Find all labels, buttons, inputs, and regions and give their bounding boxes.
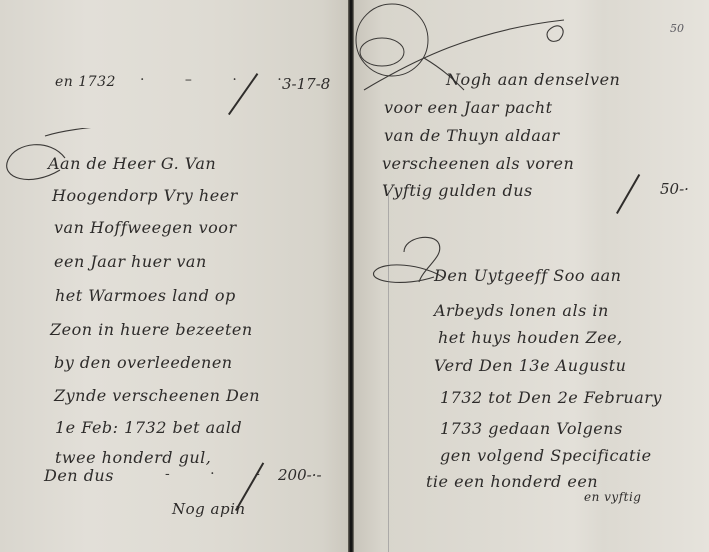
left-entry-amount: 200-·-: [278, 466, 322, 484]
right-entry2-line-9: en vyftig: [584, 490, 642, 504]
right-entry1-line-4: verscheenen als voren: [382, 154, 574, 173]
right-entry1-line-1: Nogh aan denselven: [446, 70, 620, 89]
amount-slash-mark: [616, 174, 640, 214]
left-header-year: en 1732: [55, 74, 116, 90]
left-entry-line-3: van Hoffweegen voor: [54, 218, 237, 237]
right-entry2-line-7: gen volgend Specificatie: [440, 446, 652, 465]
left-entry-line-7: by den overleedenen: [54, 353, 233, 372]
left-entry-line-8: Zynde verscheenen Den: [54, 386, 260, 405]
left-entry-line-5: het Warmoes land op: [55, 286, 236, 305]
right-entry1-line-2: voor een Jaar pacht: [384, 98, 553, 117]
ledger-spread: en 1732 · – · · 3-17-8 Aan de Heer G. Va…: [0, 0, 709, 552]
leader-dots: - · -: [165, 466, 278, 482]
right-page: 50 Nogh aan denselven voor een Jaar pach…: [354, 0, 709, 552]
left-footer-note: Nog apin: [172, 500, 246, 518]
page-number: 50: [670, 22, 684, 35]
left-page: en 1732 · – · · 3-17-8 Aan de Heer G. Va…: [0, 0, 350, 552]
left-entry-line-6: Zeon in huere bezeeten: [50, 320, 253, 339]
right-entry2-line-8: tie een honderd een: [426, 472, 598, 491]
left-entry-line-11: Den dus: [44, 466, 114, 485]
left-header-amount: 3-17-8: [282, 75, 330, 93]
right-entry1-line-3: van de Thuyn aldaar: [384, 126, 560, 145]
right-entry2-line-2: Arbeyds lonen als in: [434, 301, 609, 320]
right-entry1-line-5: Vyftig gulden dus: [382, 181, 533, 200]
right-entry2-line-4: Verd Den 13e Augustu: [434, 356, 626, 375]
left-entry-line-4: een Jaar huer van: [54, 252, 207, 271]
leader-dots: · – · ·: [140, 72, 300, 88]
left-entry-line-9: 1e Feb: 1732 bet aald: [55, 418, 242, 437]
right-entry1-amount: 50-·: [660, 180, 689, 198]
right-entry2-line-6: 1733 gedaan Volgens: [440, 419, 623, 438]
margin-rule: [388, 190, 389, 552]
right-entry2-line-5: 1732 tot Den 2e February: [440, 388, 662, 407]
right-entry2-line-3: het huys houden Zee,: [438, 328, 623, 347]
left-entry-line-1: Aan de Heer G. Van: [48, 154, 216, 173]
right-entry2-line-1: Den Uytgeeff Soo aan: [434, 266, 621, 285]
left-entry-line-10: twee honderd gul,: [55, 448, 211, 467]
left-entry-line-2: Hoogendorp Vry heer: [52, 186, 238, 205]
